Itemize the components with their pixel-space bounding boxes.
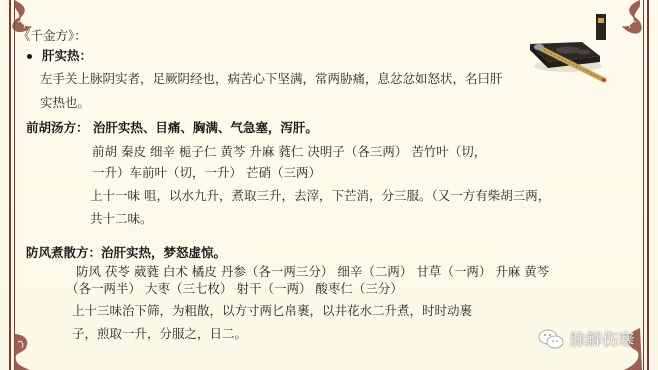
left-border xyxy=(9,0,15,370)
watermark-text: 脉解伤寒 xyxy=(570,327,634,350)
watermark: 脉解伤寒 xyxy=(538,327,634,350)
formula1-method-line1: 上十一味 咀，以水九升，煮取三升，去滓，下芒消，分三服。（又一方有柴胡三两， xyxy=(90,188,550,204)
bottom-left-ornament-icon xyxy=(10,332,36,370)
formula2-indication: 治肝实热，梦怒虚惊。 xyxy=(101,245,226,260)
section-description-line1: 左手关上脉阴实者，足厥阴经也，病苦心下坚满，常两胁痛，息忿忿如怒状，名曰肝 xyxy=(40,71,503,87)
formula2-ingredients-line2: （各一两半） 大枣（三七枚） 射干（一两） 酸枣仁（三分） xyxy=(66,281,403,297)
bullet-icon xyxy=(27,54,32,59)
formula2-name: 防风煮散方：治肝实热，梦怒虚惊。 xyxy=(26,245,226,261)
formula1-name-label: 前胡汤方： xyxy=(26,120,89,135)
formula2-name-label: 防风煮散方： xyxy=(26,245,101,260)
inkstone-brush-icon xyxy=(528,12,608,84)
formula2-ingredients-line1: 防风 茯苓 葳蕤 白术 橘皮 丹参（各一两三分） 细辛（二两） 甘草（一两） 升… xyxy=(76,264,549,280)
section-description-line2: 实热也。 xyxy=(40,95,90,111)
section-heading: 肝实热： xyxy=(42,48,92,64)
formula1-ingredients-line2: 一升）车前叶（切，一升） 芒硝（三两） xyxy=(92,165,321,181)
source-title: 《千金方》： xyxy=(18,28,87,44)
formula1-indication: 治肝实热、目痛、胸满、气急塞，泻肝。 xyxy=(93,120,318,135)
top-right-ornament-icon xyxy=(620,0,644,38)
right-border xyxy=(643,0,649,370)
document-page: 《千金方》： 肝实热： 左手关上脉阴实者，足厥阴经也，病苦心下坚满，常两胁痛，息… xyxy=(0,0,658,370)
formula1-method-line2: 共十二味。 xyxy=(90,211,153,227)
wechat-icon xyxy=(538,328,564,350)
formula1-ingredients-line1: 前胡 秦皮 细辛 栀子仁 黄芩 升麻 蕤仁 决明子（各三两） 苦竹叶（切， xyxy=(92,144,486,160)
formula2-method-line2: 子，煎取一升，分服之，日二。 xyxy=(72,326,247,342)
formula2-method-line1: 上十三味治下筛，为粗散，以方寸两匕帛裹，以井花水二升煮，时时动裹 xyxy=(72,303,472,319)
formula1-name: 前胡汤方： 治肝实热、目痛、胸满、气急塞，泻肝。 xyxy=(26,120,318,136)
